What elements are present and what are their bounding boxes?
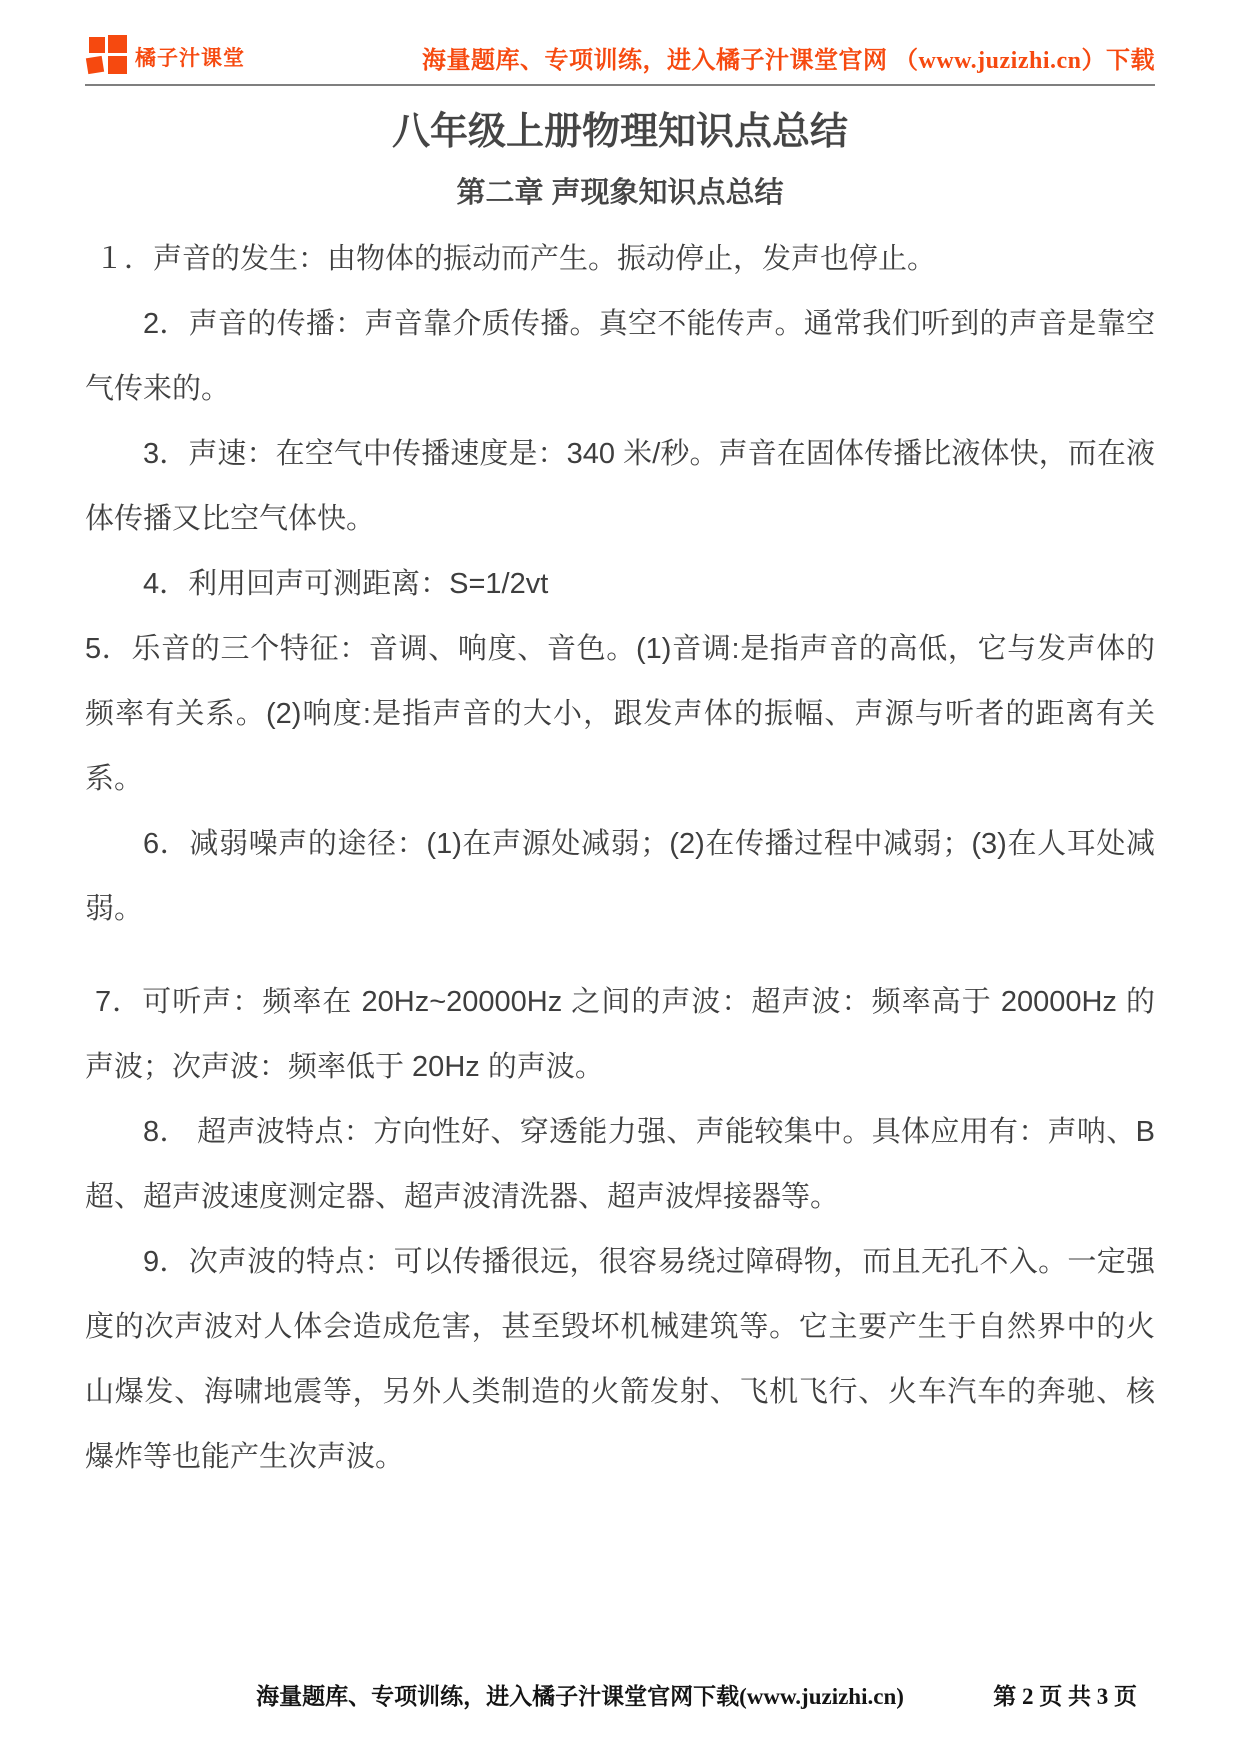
page-number: 第 2 页 共 3 页 xyxy=(993,1678,1137,1711)
paragraph: 7．可听声：频率在 20Hz~20000Hz 之间的声波：超声波：频率高于 20… xyxy=(85,970,1155,1100)
page-footer: 海量题库、专项训练，进入橘子汁课堂官网下载(www.juzizhi.cn) 第 … xyxy=(85,1678,1155,1712)
header-divider xyxy=(85,84,1155,86)
paragraph: 3．声速：在空气中传播速度是：340 米/秒。声音在固体传播比液体快，而在液体传… xyxy=(85,422,1155,552)
paragraph: 8． 超声波特点：方向性好、穿透能力强、声能较集中。具体应用有：声呐、B 超、超… xyxy=(85,1100,1155,1230)
header-promo-text: 海量题库、专项训练，进入橘子汁课堂官网 （www.juzizhi.cn）下载 xyxy=(422,40,1155,75)
paragraph: 2．声音的传播：声音靠介质传播。真空不能传声。通常我们听到的声音是靠空气传来的。 xyxy=(85,292,1155,422)
orange-squares-logo-icon xyxy=(85,34,129,81)
paragraph: 5．乐音的三个特征：音调、响度、音色。(1)音调:是指声音的高低，它与发声体的频… xyxy=(85,617,1155,812)
page-header: 橘子汁课堂 海量题库、专项训练，进入橘子汁课堂官网 （www.juzizhi.c… xyxy=(85,34,1155,80)
document-body: １．声音的发生：由物体的振动而产生。振动停止，发声也停止。2．声音的传播：声音靠… xyxy=(85,227,1155,1490)
page-title: 八年级上册物理知识点总结 xyxy=(0,100,1240,155)
paragraph: 6．减弱噪声的途径：(1)在声源处减弱；(2)在传播过程中减弱；(3)在人耳处减… xyxy=(85,812,1155,942)
brand-logo: 橘子汁课堂 xyxy=(85,34,245,81)
footer-promo-text: 海量题库、专项训练，进入橘子汁课堂官网下载(www.juzizhi.cn) xyxy=(225,1678,935,1711)
brand-name: 橘子汁课堂 xyxy=(135,42,245,72)
paragraph: １．声音的发生：由物体的振动而产生。振动停止，发声也停止。 xyxy=(85,227,1155,292)
paragraph: 9．次声波的特点：可以传播很远，很容易绕过障碍物，而且无孔不入。一定强度的次声波… xyxy=(85,1230,1155,1490)
document-page: 橘子汁课堂 海量题库、专项训练，进入橘子汁课堂官网 （www.juzizhi.c… xyxy=(0,0,1240,1754)
chapter-subtitle: 第二章 声现象知识点总结 xyxy=(0,170,1240,211)
paragraph: 4．利用回声可测距离：S=1/2vt xyxy=(85,552,1155,617)
